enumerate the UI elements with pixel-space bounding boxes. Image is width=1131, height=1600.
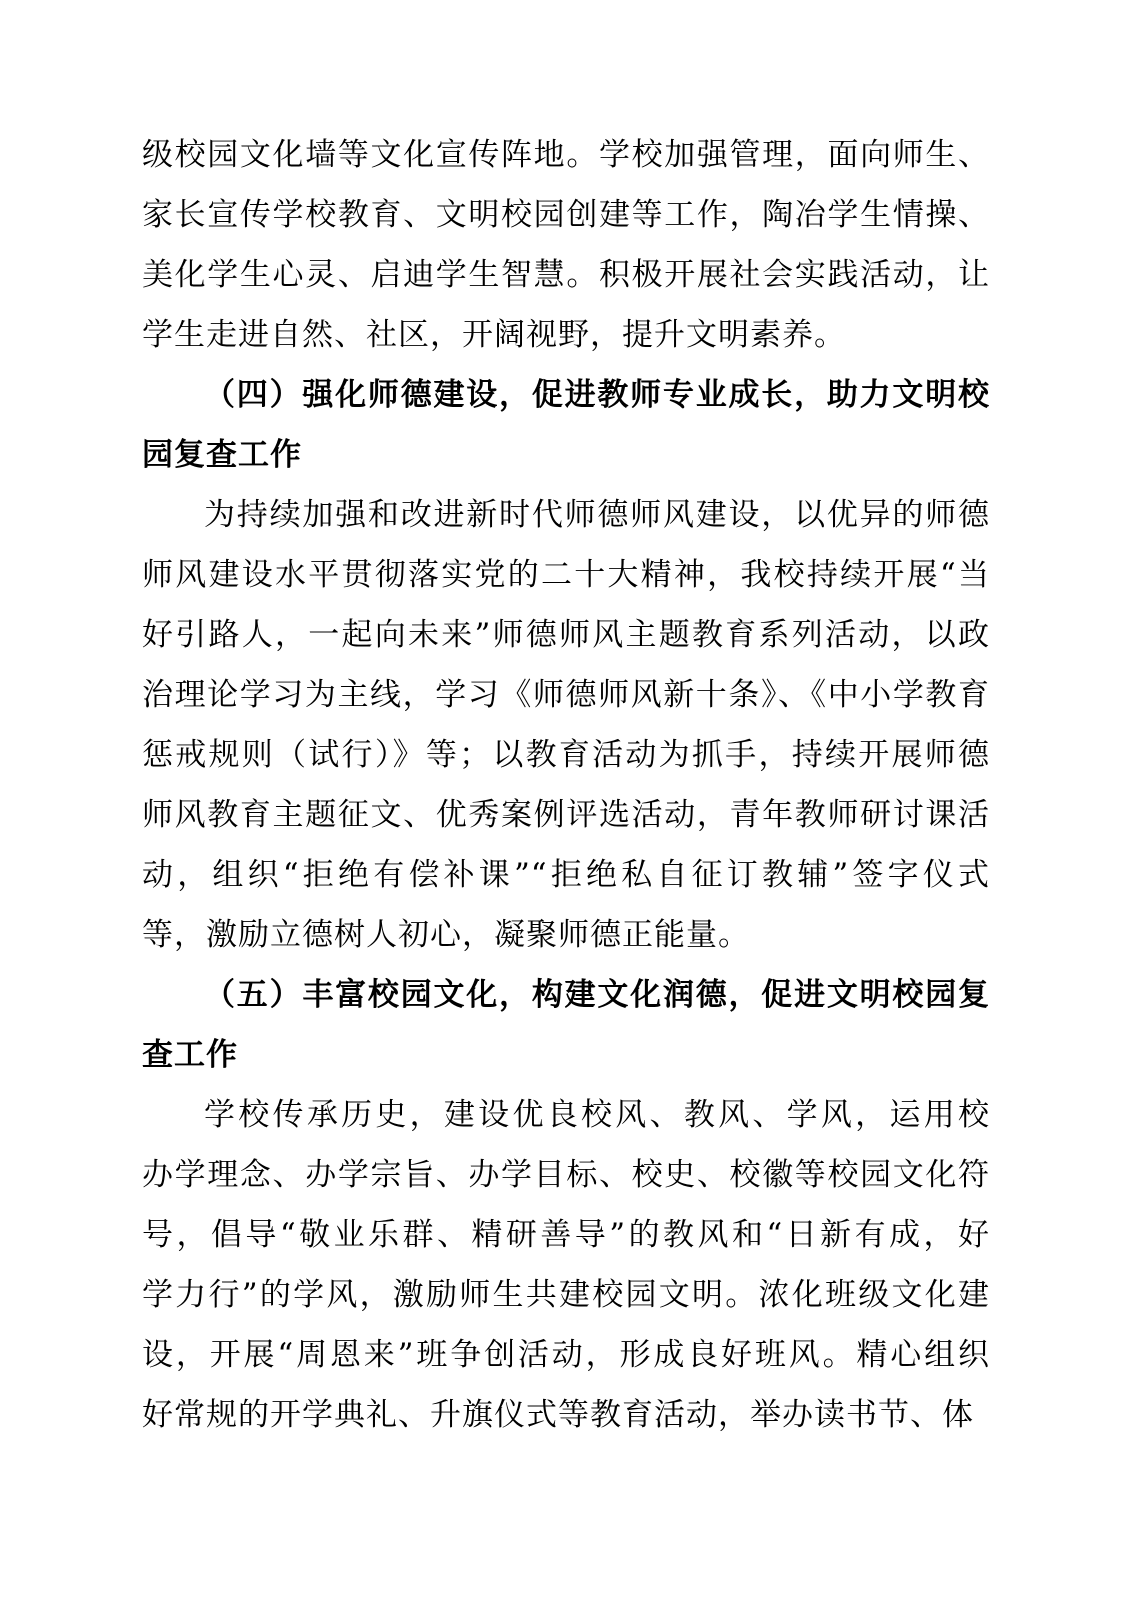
text-line: 师风建设水平贯彻落实党的二十大精神，我校持续开展“当	[142, 545, 990, 605]
text-line: 学力行”的学风，激励师生共建校园文明。浓化班级文化建	[142, 1265, 990, 1325]
text-line: 动，组织“拒绝有偿补课”“拒绝私自征订教辅”签字仪式	[142, 845, 990, 905]
text-line: 等，激励立德树人初心，凝聚师德正能量。	[142, 905, 990, 965]
heading-line: （四）强化师德建设，促进教师专业成长，助力文明校	[142, 365, 990, 425]
heading-line: 园复查工作	[142, 425, 990, 485]
text-line: 师风教育主题征文、优秀案例评选活动，青年教师研讨课活	[142, 785, 990, 845]
section-heading-4: （四）强化师德建设，促进教师专业成长，助力文明校 园复查工作	[142, 365, 990, 485]
document-page: 级校园文化墙等文化宣传阵地。学校加强管理，面向师生、 家长宣传学校教育、文明校园…	[0, 0, 1131, 1600]
text-line: 美化学生心灵、启迪学生智慧。积极开展社会实践活动，让	[142, 245, 990, 305]
text-block: 级校园文化墙等文化宣传阵地。学校加强管理，面向师生、 家长宣传学校教育、文明校园…	[142, 125, 990, 1445]
text-line: 为持续加强和改进新时代师德师风建设，以优异的师德	[142, 485, 990, 545]
heading-line: 查工作	[142, 1025, 990, 1085]
text-line: 家长宣传学校教育、文明校园创建等工作，陶冶学生情操、	[142, 185, 990, 245]
text-line: 惩戒规则（试行）》等；以教育活动为抓手，持续开展师德	[142, 725, 990, 785]
section-heading-5: （五）丰富校园文化，构建文化润德，促进文明校园复 查工作	[142, 965, 990, 1085]
paragraph-section-4: 为持续加强和改进新时代师德师风建设，以优异的师德 师风建设水平贯彻落实党的二十大…	[142, 485, 990, 965]
text-line: 级校园文化墙等文化宣传阵地。学校加强管理，面向师生、	[142, 125, 990, 185]
text-line: 好常规的开学典礼、升旗仪式等教育活动，举办读书节、体	[142, 1385, 990, 1445]
paragraph-continuation: 级校园文化墙等文化宣传阵地。学校加强管理，面向师生、 家长宣传学校教育、文明校园…	[142, 125, 990, 365]
text-line: 治理论学习为主线，学习《师德师风新十条》、《中小学教育	[142, 665, 990, 725]
text-line: 办学理念、办学宗旨、办学目标、校史、校徽等校园文化符	[142, 1145, 990, 1205]
text-line: 学校传承历史，建设优良校风、教风、学风，运用校训、	[142, 1085, 990, 1145]
paragraph-section-5: 学校传承历史，建设优良校风、教风、学风，运用校训、 办学理念、办学宗旨、办学目标…	[142, 1085, 990, 1445]
text-line: 设，开展“周恩来”班争创活动，形成良好班风。精心组织	[142, 1325, 990, 1385]
text-line: 号，倡导“敬业乐群、精研善导”的教风和“日新有成，好	[142, 1205, 990, 1265]
text-line: 学生走进自然、社区，开阔视野，提升文明素养。	[142, 305, 990, 365]
heading-line: （五）丰富校园文化，构建文化润德，促进文明校园复	[142, 965, 990, 1025]
text-line: 好引路人，一起向未来”师德师风主题教育系列活动，以政	[142, 605, 990, 665]
